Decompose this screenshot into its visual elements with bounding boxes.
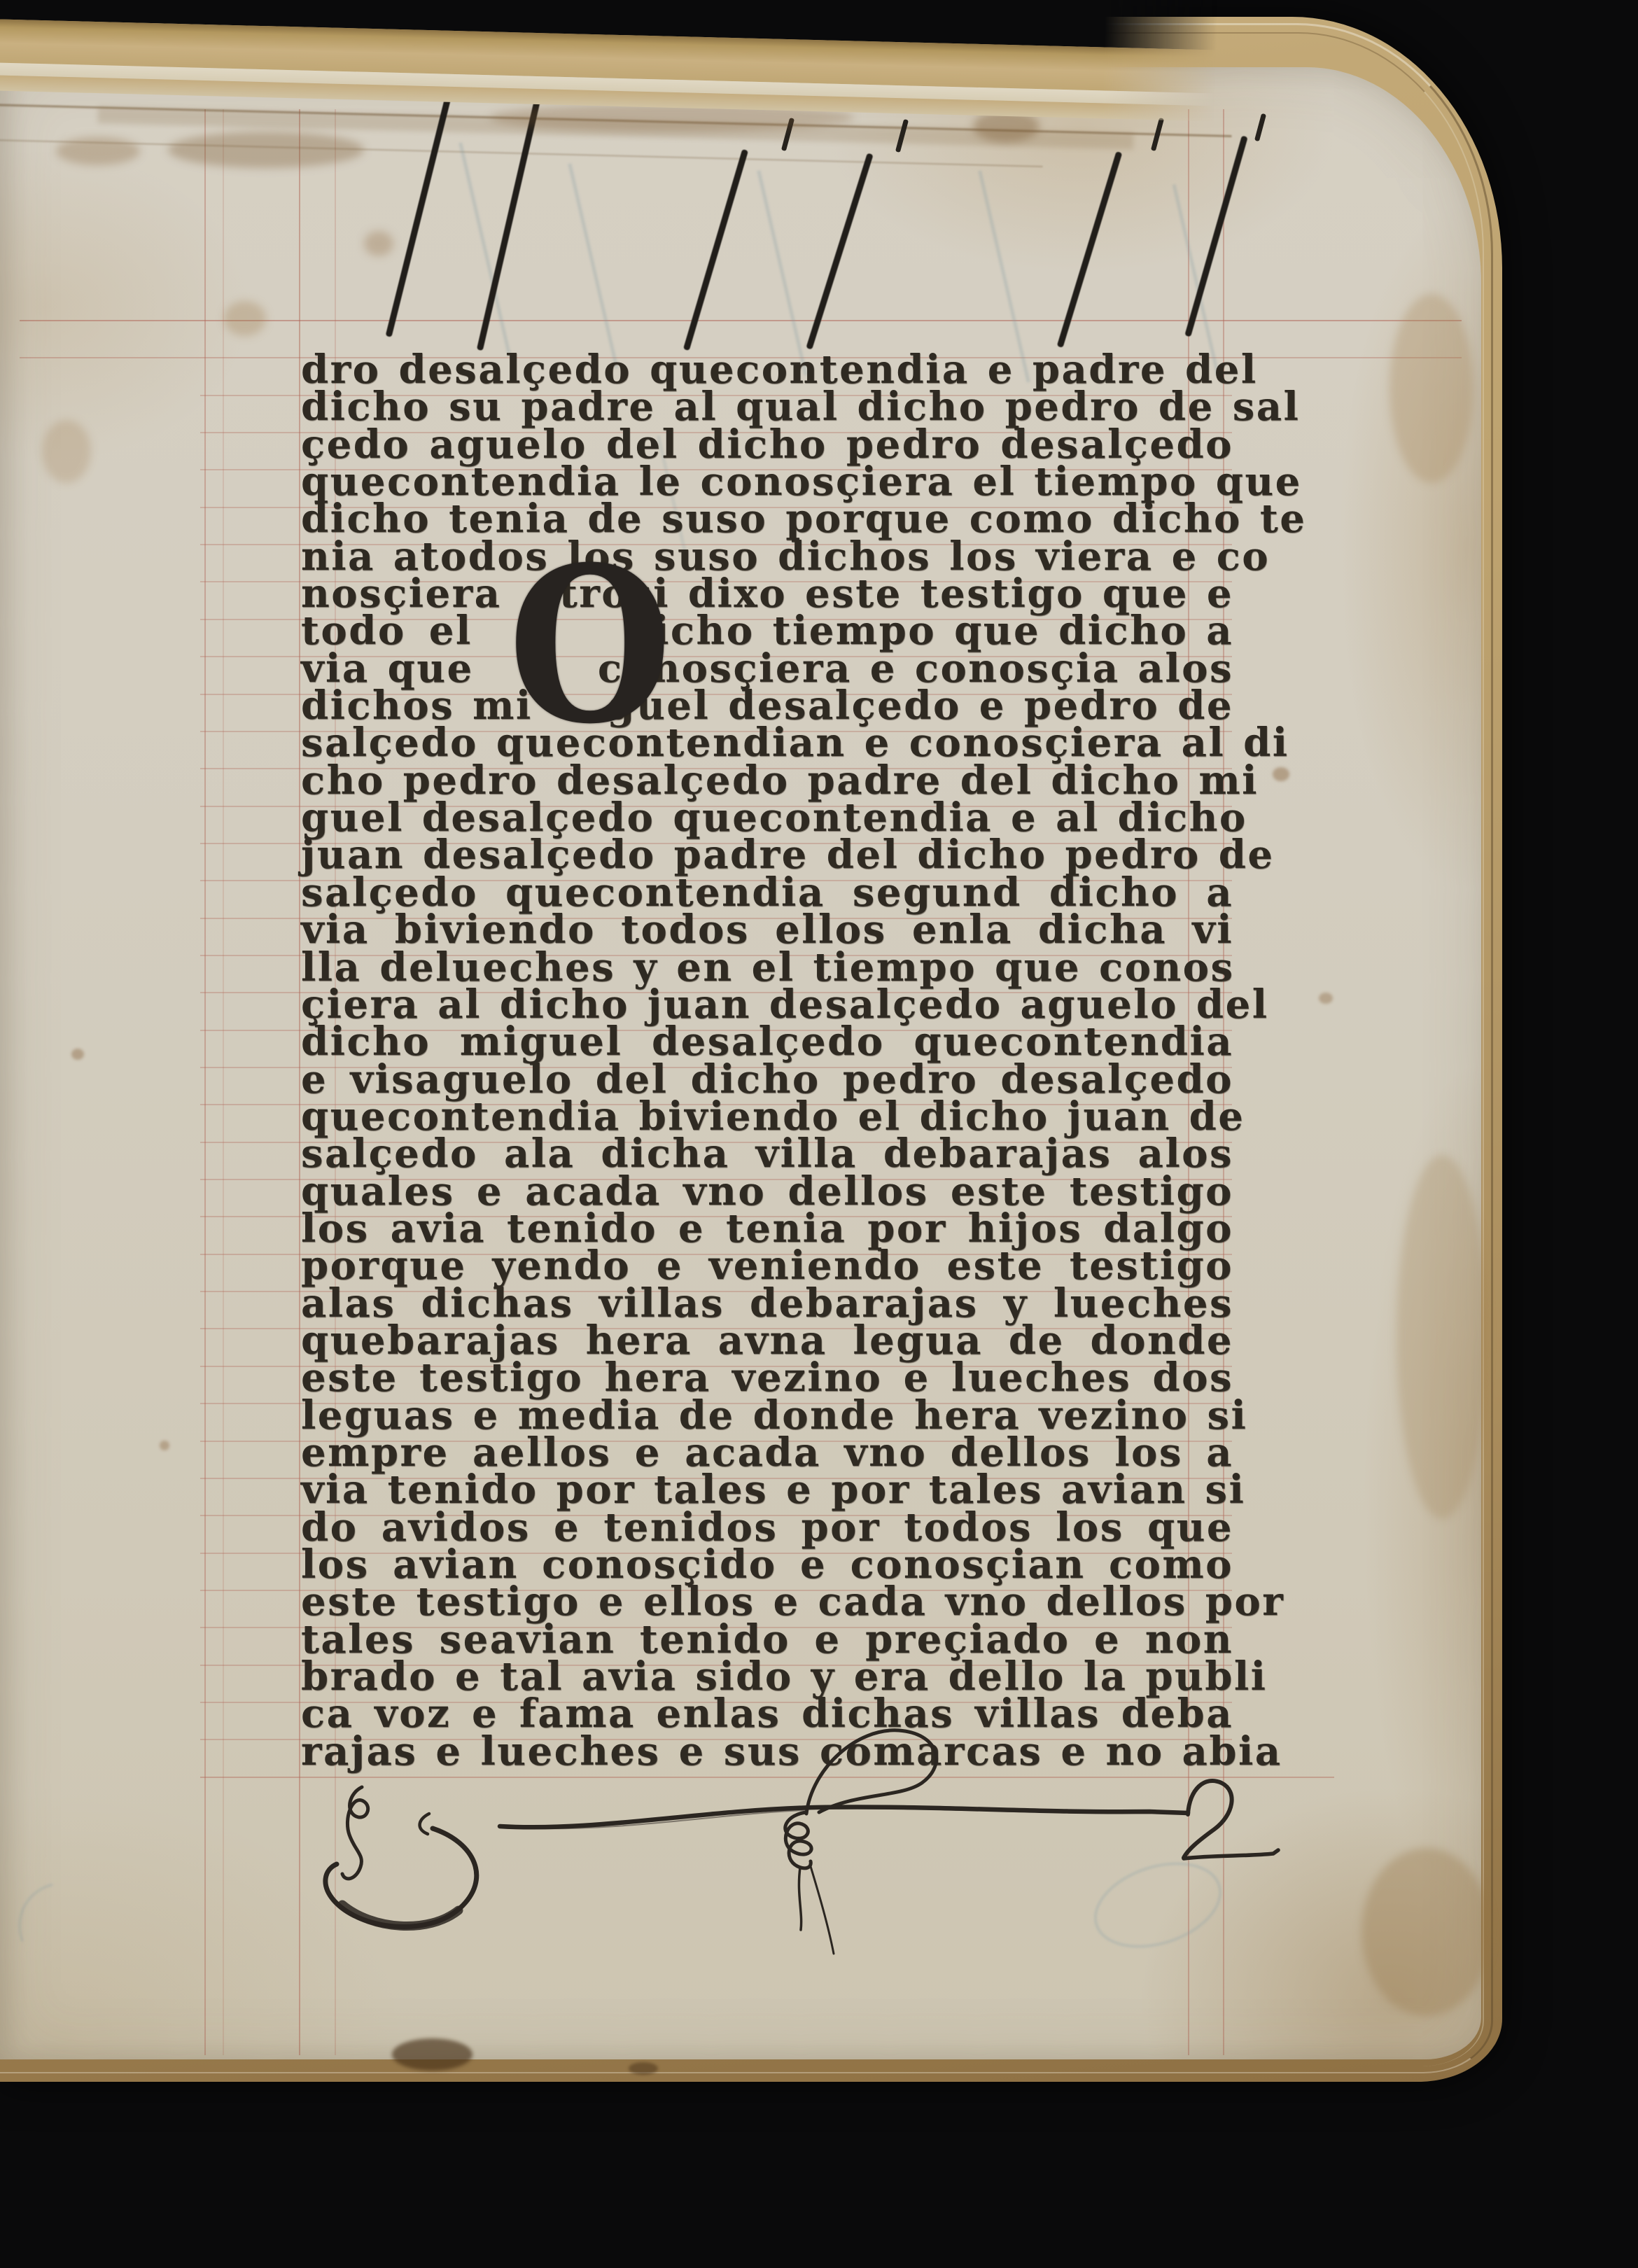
text-line: este testigo hera vezino e lueches dos [301, 1359, 1233, 1396]
flourish-curve-thick [342, 1905, 458, 1926]
rule-line [200, 581, 1232, 582]
text-line: guel desalçedo quecontendia e al dicho [301, 799, 1233, 836]
slash-tick [895, 119, 909, 153]
showthrough-streak [1172, 184, 1220, 376]
text-line: via biviendo todos ellos enla dicha vi [301, 911, 1233, 948]
initial-gap [474, 650, 598, 687]
text-line: este testigo e ellos e cada vno dellos p… [301, 1583, 1233, 1620]
flourish-curve [325, 1828, 477, 1927]
text-line: empre aellos e acada vno dellos los a [301, 1434, 1233, 1471]
showthrough-streak [568, 163, 618, 368]
rule-line [200, 656, 1232, 657]
text-fragment: nosçiera [301, 575, 501, 612]
pen-flourish [0, 67, 1481, 2059]
text-line: do avidos e tenidos por todos los que [301, 1509, 1233, 1546]
crease-line [0, 139, 1043, 167]
rule-line [200, 1478, 1232, 1479]
rule-line [200, 1216, 1232, 1217]
rule-line [200, 880, 1232, 881]
stain [224, 301, 266, 336]
text-line: salçedo quecontendia segund dicho a [301, 874, 1233, 911]
rule-line [200, 1553, 1232, 1554]
stain [1361, 1848, 1491, 2016]
text-fragment: via que [301, 650, 474, 687]
initial-gap [505, 687, 607, 724]
margin-rule-vertical [204, 109, 206, 2055]
flourish-tail [799, 1868, 801, 1930]
text-line: brado e tal avia sido y era dello la pub… [301, 1658, 1233, 1695]
text-fragment: guel desalçedo e pedro de [607, 687, 1233, 724]
rule-line [200, 507, 1232, 508]
rule-line [200, 1515, 1232, 1516]
margin-rule-vertical [299, 109, 300, 2055]
text-line: dicho miguel desalçedo quecontendia [301, 1023, 1233, 1060]
text-line: dichos miguel desalçedo e pedro de [301, 687, 1233, 724]
rule-line [200, 955, 1232, 956]
margin-rule-vertical [1223, 109, 1224, 2055]
showthrough-mark [1083, 1847, 1233, 1963]
rule-line [200, 1067, 1232, 1068]
rule-line [200, 395, 1232, 396]
cancellation-slash [806, 153, 873, 349]
rule-line [200, 1590, 1232, 1591]
text-fragment: todo el [301, 612, 472, 650]
stain [364, 231, 393, 256]
text-line: quecontendia biviendo el dicho juan de [301, 1098, 1233, 1135]
rule-line [200, 1328, 1232, 1329]
text-line: lla delueches y en el tiempo que conos [301, 949, 1233, 986]
text-line: rajas e lueches e sus comarcas e no abia [301, 1733, 1233, 1770]
showthrough-streak [458, 142, 511, 354]
rule-line [200, 619, 1232, 620]
text-block: dro desalçedo quecontendia e padre deldi… [301, 351, 1233, 1770]
rule-line [200, 1777, 1334, 1778]
text-fragment: dichos mi [301, 687, 505, 724]
rule-line [200, 731, 1232, 732]
stain [42, 420, 91, 483]
cancellation-slash [477, 93, 542, 351]
flourish-line-echo [532, 1810, 805, 1828]
rule-line [200, 1441, 1232, 1442]
showthrough-streak [757, 170, 807, 375]
rule-line [200, 1030, 1232, 1031]
rule-line [200, 1104, 1232, 1105]
showthrough-mark [1, 1863, 143, 2000]
text-line: juan desalçedo padre del dicho pedro de [301, 836, 1233, 874]
text-line: via queconosçiera e conosçia alos [301, 650, 1233, 687]
stain [1273, 767, 1289, 781]
text-fragment: trosi dixo este testigo que e [559, 575, 1233, 612]
margin-rule-vertical [335, 109, 336, 2055]
rule-line [200, 469, 1232, 470]
initial-gap [472, 612, 625, 650]
text-line: nia atodos los suso dichos los viera e c… [301, 538, 1233, 575]
text-line: salçedo ala dicha villa debarajas alos [301, 1135, 1233, 1172]
rule-line [200, 544, 1232, 545]
text-line: çiera al dicho juan desalçedo aguelo del [301, 986, 1233, 1023]
stain [56, 137, 140, 165]
text-fragment: conosçiera e conosçia alos [598, 650, 1233, 687]
rule-line [200, 843, 1232, 844]
rule-line [200, 918, 1232, 919]
text-line: e visaguelo del dicho pedro desalçedo [301, 1061, 1233, 1098]
text-line: quales e acada vno dellos este testigo [301, 1173, 1233, 1210]
initial-letter-O: O [508, 539, 672, 752]
manuscript-photograph: dro desalçedo quecontendia e padre deldi… [0, 0, 1638, 2268]
text-line: salçedo quecontendian e conosçiera al di [301, 724, 1233, 762]
showthrough-streak [657, 435, 688, 559]
rule-line [200, 1254, 1232, 1255]
flourish-curve-hook [420, 1814, 429, 1834]
stain [168, 132, 364, 168]
cancellation-slash [1057, 151, 1123, 348]
text-line: tales seavian tenido e preçiado e non [301, 1621, 1233, 1658]
stain [71, 1049, 84, 1060]
text-line: via tenido por tales e por tales avian s… [301, 1471, 1233, 1508]
rule-line [200, 1627, 1232, 1628]
rule-line [200, 1291, 1232, 1292]
margin-rule-vertical [223, 109, 224, 2055]
flourish-tail [810, 1864, 834, 1954]
text-line: nosçieratrosi dixo este testigo que e [301, 575, 1233, 612]
stain [629, 2062, 658, 2075]
flourish-line [500, 1807, 1188, 1827]
rule-line [20, 357, 1462, 358]
text-line: alas dichas villas debarajas y lueches [301, 1285, 1233, 1322]
rule-line [200, 1702, 1232, 1703]
text-line: leguas e media de donde hera vezino si [301, 1397, 1233, 1434]
flourish-knot-loop [806, 1730, 937, 1814]
text-line: dicho su padre al qual dicho pedro de sa… [301, 388, 1233, 426]
rule-line [200, 1739, 1232, 1740]
rule-line [200, 432, 1232, 433]
stain [1319, 993, 1333, 1004]
rule-line [200, 768, 1232, 769]
flourish-s-mark [342, 1787, 368, 1879]
rule-line [200, 1665, 1232, 1666]
rule-line [200, 1403, 1232, 1404]
text-line: dicho tenia de suso porque como dicho te [301, 500, 1233, 538]
stain [1396, 1155, 1487, 1519]
parchment-page: dro desalçedo quecontendia e padre deldi… [0, 67, 1481, 2059]
text-line: quecontendia le conosçiera el tiempo que [301, 463, 1233, 500]
initial-gap [501, 575, 559, 612]
showthrough-streak [978, 170, 1030, 382]
rule-line [200, 1142, 1232, 1143]
stain [392, 2038, 472, 2071]
text-line: los avian conosçido e conosçian como [301, 1546, 1233, 1583]
flourish-paraph-head [1184, 1781, 1232, 1858]
cancellation-slash [683, 149, 748, 351]
rule-line [200, 992, 1232, 993]
text-line: dro desalçedo quecontendia e padre del [301, 351, 1233, 388]
cancellation-slash [1184, 136, 1248, 337]
rule-line [200, 1366, 1232, 1367]
stain [1389, 294, 1473, 483]
rule-line [200, 694, 1232, 695]
cancellation-slash [386, 97, 451, 337]
text-fragment: dicho tiempo que dicho a [625, 612, 1234, 650]
text-line: porque yendo e veniendo este testigo [301, 1247, 1233, 1284]
text-line: todo eldicho tiempo que dicho a [301, 612, 1233, 650]
text-line: ca voz e fama enlas dichas villas deba [301, 1695, 1233, 1732]
margin-rule-vertical [1188, 109, 1189, 2055]
rule-line [200, 806, 1232, 807]
text-line: quebarajas hera avna legua de donde [301, 1322, 1233, 1359]
flourish-knot [785, 1812, 811, 1868]
text-line: cho pedro desalçedo padre del dicho mi [301, 762, 1233, 799]
text-line: çedo aguelo del dicho pedro desalçedo [301, 426, 1233, 463]
text-line: los avia tenido e tenia por hijos dalgo [301, 1210, 1233, 1247]
flourish-paraph-foot [1184, 1850, 1278, 1858]
stain [160, 1441, 169, 1450]
rule-line [200, 1179, 1232, 1180]
